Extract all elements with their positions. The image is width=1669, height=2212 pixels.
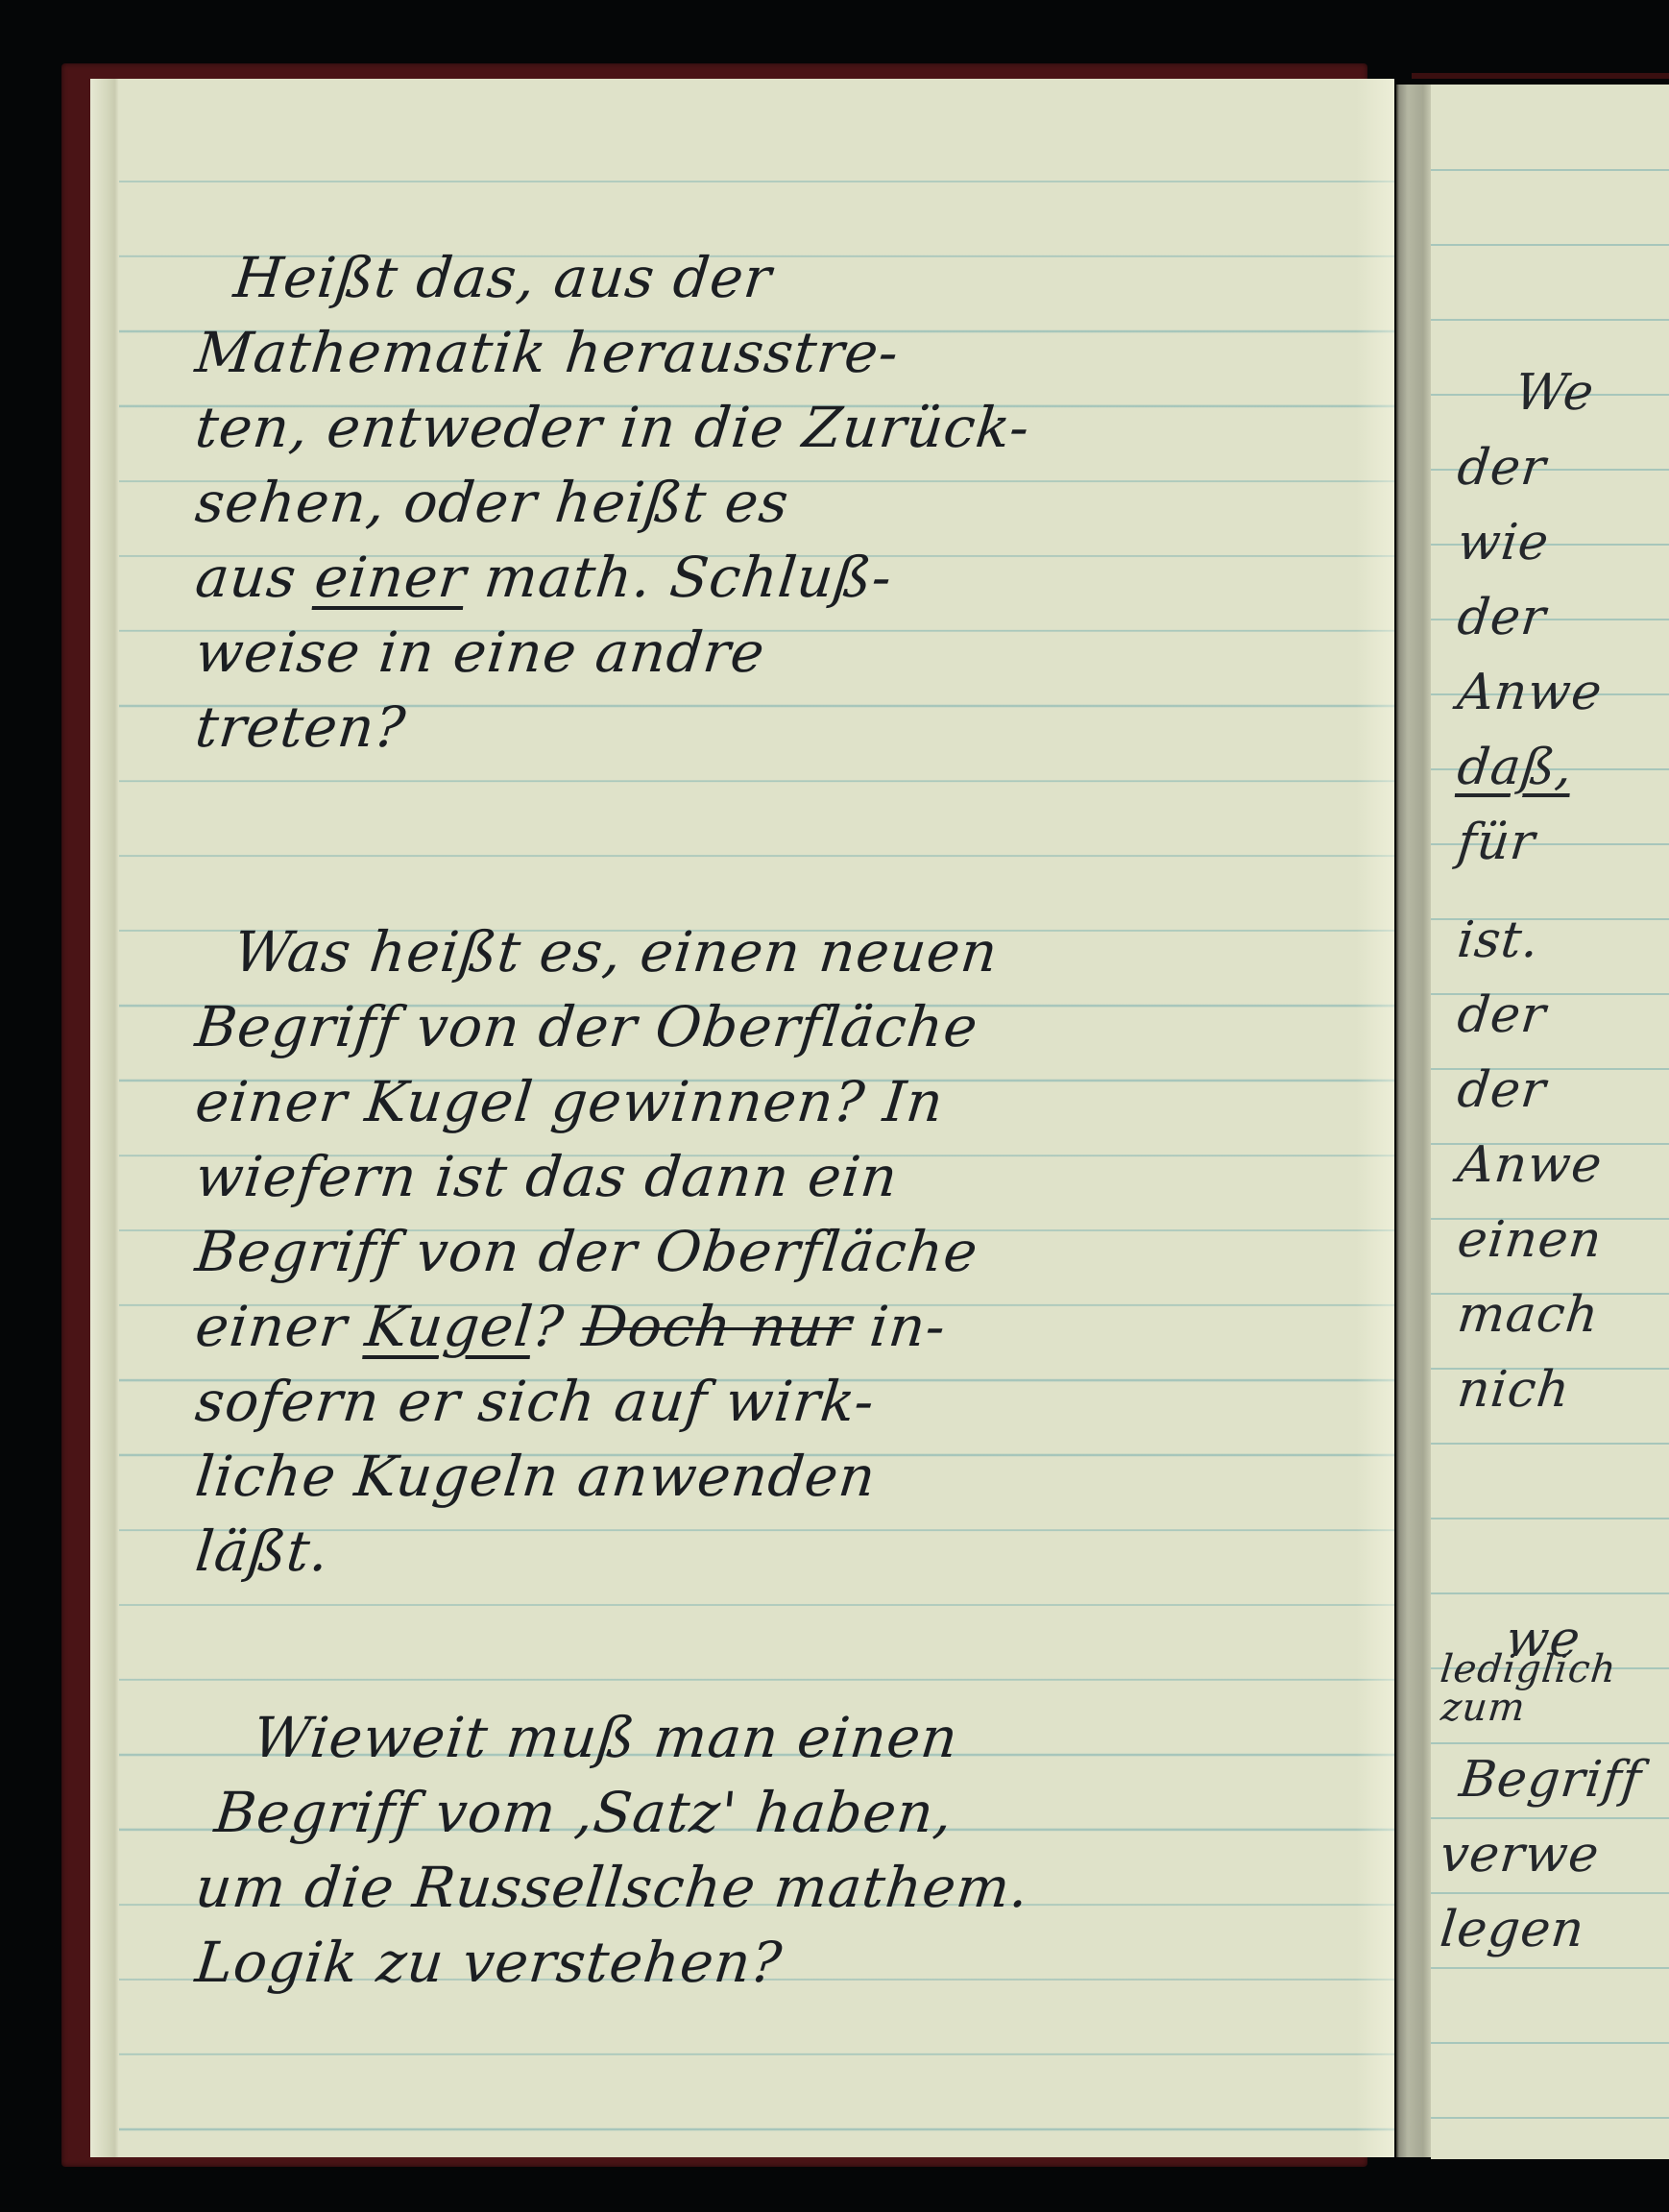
handwritten-line: Begriff vom ‚Satz' haben,	[211, 1775, 1052, 1850]
handwritten-line: Logik zu verstehen?	[192, 1925, 1033, 2000]
handwritten-fragment: legen	[1437, 1892, 1626, 1967]
underlined-word: einer	[312, 545, 470, 610]
handwritten-fragment: lediglich	[1439, 1650, 1624, 1689]
handwritten-fragment: nich	[1454, 1352, 1607, 1427]
paragraph-3: Wieweit muß man einen Begriff vom ‚Satz'…	[225, 1700, 1058, 2000]
text-fragment: in-	[848, 1294, 949, 1359]
text-fragment: einer	[192, 1294, 369, 1359]
handwritten-line: Mathematik herausstre-	[192, 315, 1033, 390]
book-gutter	[1396, 85, 1431, 2157]
text-fragment: aus	[192, 545, 318, 610]
text-fragment: math. Schluß-	[463, 545, 896, 610]
handwritten-fragment: zum	[1438, 1689, 1625, 1742]
paragraph-1: Heißt das, aus der Mathematik herausstre…	[225, 240, 1058, 765]
handwritten-line: einer Kugel gewinnen? In	[192, 1064, 981, 1139]
right-page-fragments: We der wie der Anwe daß, für ist. der de…	[1458, 426, 1602, 1475]
handwritten-line: Begriff von der Oberfläche	[192, 989, 981, 1064]
paragraph-2: Was heißt es, einen neuen Begriff von de…	[225, 914, 1006, 1589]
handwritten-line: liche Kugeln anwenden	[192, 1439, 981, 1514]
handwritten-fragment: wie	[1454, 505, 1607, 580]
handwritten-fragment: einen	[1454, 1203, 1607, 1277]
struck-through-text: Doch nur	[579, 1294, 855, 1359]
handwritten-fragment: der	[1454, 1053, 1607, 1128]
handwritten-line: läßt.	[192, 1514, 981, 1589]
handwritten-line: ten, entweder in die Zurück-	[192, 390, 1033, 465]
handwritten-fragment: ist.	[1454, 903, 1607, 978]
handwritten-line: Heißt das, aus der	[230, 240, 1072, 315]
right-page: We der wie der Anwe daß, für ist. der de…	[1431, 85, 1669, 2159]
handwritten-line: weise in eine andre	[192, 615, 1033, 690]
handwritten-fragment: für	[1454, 805, 1607, 880]
handwritten-line: um die Russellsche mathem.	[192, 1850, 1033, 1925]
handwritten-fragment: mach	[1454, 1277, 1607, 1352]
handwritten-fragment: der	[1454, 978, 1607, 1053]
notebook-cover-edge-right	[1412, 73, 1669, 79]
handwritten-fragment: We	[1512, 355, 1664, 430]
handwritten-line: treten?	[192, 690, 1033, 765]
handwritten-fragment: we	[1505, 1602, 1669, 1650]
text-fragment: ?	[530, 1294, 587, 1359]
handwritten-fragment: Begriff	[1456, 1742, 1645, 1817]
handwritten-line: wiefern ist das dann ein	[192, 1139, 981, 1214]
handwritten-line-with-underline: aus einer math. Schluß-	[192, 540, 1033, 615]
underlined-word: Kugel	[362, 1294, 537, 1359]
handwritten-line: Wieweit muß man einen	[250, 1700, 1091, 1775]
handwritten-fragment: der	[1454, 580, 1607, 655]
left-page: Heißt das, aus der Mathematik herausstre…	[90, 79, 1394, 2157]
handwritten-line: Begriff von der Oberfläche	[192, 1214, 981, 1289]
handwritten-fragment: verwe	[1437, 1817, 1626, 1892]
handwritten-fragment: der	[1454, 430, 1607, 505]
handwritten-line: Was heißt es, einen neuen	[230, 914, 1020, 989]
handwritten-line: sofern er sich auf wirk-	[192, 1364, 981, 1439]
handwritten-line: sehen, oder heißt es	[192, 465, 1033, 540]
handwritten-fragment: Anwe	[1454, 655, 1607, 730]
handwritten-fragment-underlined: daß,	[1454, 730, 1607, 805]
right-page-lower-fragments: we lediglich zum Begriff verwe legen	[1440, 1602, 1622, 1967]
handwritten-fragment: Anwe	[1454, 1128, 1607, 1203]
handwritten-line-with-underline: einer Kugel? Doch nur in-	[192, 1289, 981, 1364]
